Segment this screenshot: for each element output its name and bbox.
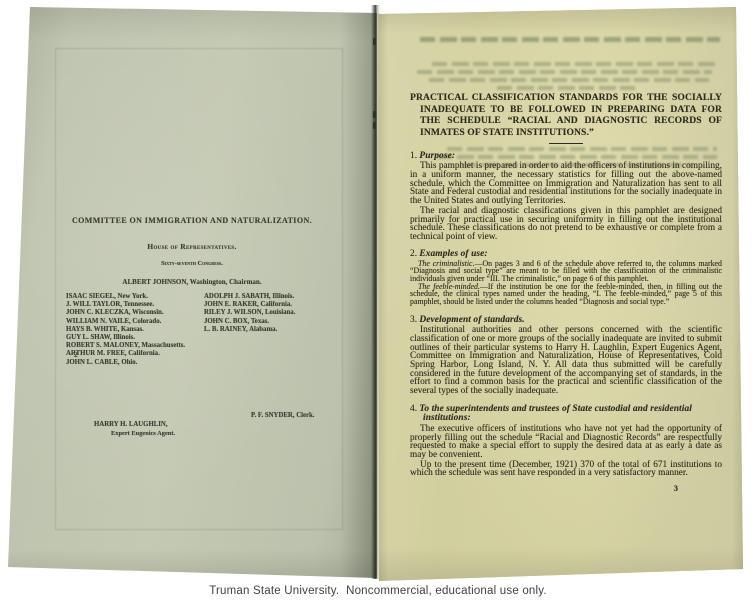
show-through-ghost <box>432 62 717 66</box>
member-name: ROBERT S. MALONEY, Massachusetts. <box>66 342 318 350</box>
section-heading-superintendents: 4. To the superintendents and trustees o… <box>410 405 722 424</box>
show-through-ghost <box>417 70 712 74</box>
section-heading-examples: 2. Examples of use: <box>410 249 722 259</box>
show-through-ghost <box>462 163 692 167</box>
left-page: COMMITTEE ON IMMIGRATION AND NATURALIZAT… <box>8 6 377 578</box>
show-through-ghost-border <box>55 48 343 530</box>
house-of-representatives-line: House of Representatives. <box>66 242 318 251</box>
member-name: JOHN L. CABLE, Ohio. <box>66 359 318 367</box>
member-name: L. B. RAINEY, Alabama. <box>204 326 295 334</box>
document-title: PRACTICAL CLASSIFICATION STANDARDS FOR T… <box>410 92 722 138</box>
show-through-ghost <box>447 147 717 151</box>
section-heading-development: 3. Development of standards. <box>410 315 722 325</box>
section-heading-purpose: 1. Purpose: <box>410 151 722 161</box>
congress-line: Sixty-seventh Congress. <box>66 260 318 267</box>
members-column-right: ADOLPH J. SABATH, Illinois. JOHN E. RAKE… <box>204 293 295 334</box>
clerk-line: P. F. SNYDER, Clerk. <box>251 412 315 420</box>
left-page-number: 2 <box>74 350 78 359</box>
member-name: ADOLPH J. SABATH, Illinois. <box>204 293 295 301</box>
member-name: J. WILL TAYLOR, Tennessee. <box>66 301 318 309</box>
stitch-mark <box>373 38 376 45</box>
title-rule <box>549 143 583 144</box>
members-list: ISAAC SIEGEL, New York. J. WILL TAYLOR, … <box>66 293 318 367</box>
show-through-ghost <box>437 155 717 159</box>
paragraph: The executive officers of institutions w… <box>410 425 722 460</box>
committee-block: COMMITTEE ON IMMIGRATION AND NATURALIZAT… <box>66 216 318 367</box>
show-through-ghost <box>420 37 720 42</box>
stitch-mark <box>373 122 376 129</box>
paragraph: Institutional authorities and other pers… <box>410 326 722 396</box>
members-column-left: ISAAC SIEGEL, New York. J. WILL TAYLOR, … <box>66 293 318 367</box>
right-page: PRACTICAL CLASSIFICATION STANDARDS FOR T… <box>377 5 743 581</box>
committee-title: COMMITTEE ON IMMIGRATION AND NATURALIZAT… <box>66 216 318 225</box>
paragraph: This pamphlet is prepared in order to ai… <box>410 162 722 206</box>
show-through-ghost <box>497 86 637 90</box>
stitch-mark <box>373 111 376 118</box>
member-name: WILLIAM N. VAILE, Colorado. <box>66 318 318 326</box>
paragraph: Up to the present time (December, 1921) … <box>410 461 722 478</box>
member-name: ISAAC SIEGEL, New York. <box>66 293 318 301</box>
member-name: RILEY J. WILSON, Louisiana. <box>204 309 295 317</box>
show-through-ghost <box>429 78 709 82</box>
archive-caption: Truman State University. Noncommercial, … <box>0 585 756 597</box>
member-name: JOHN E. RAKER, California. <box>204 301 295 309</box>
member-name: JOHN C. KLECZKA, Wisconsin. <box>66 309 318 317</box>
pamphlet-text: PRACTICAL CLASSIFICATION STANDARDS FOR T… <box>410 92 722 493</box>
paragraph-small: The feeble-minded.—If the institution be… <box>410 283 722 305</box>
member-name: GUY L. SHAW, Illinois. <box>66 334 318 342</box>
eugenics-agent-title: Expert Eugenics Agent. <box>111 430 175 438</box>
paragraph: The racial and diagnostic classification… <box>410 207 722 242</box>
scanned-pamphlet-photo: COMMITTEE ON IMMIGRATION AND NATURALIZAT… <box>0 0 756 607</box>
member-name: JOHN C. BOX, Texas. <box>204 318 295 326</box>
chairman-line: ALBERT JOHNSON, Washington, Chairman. <box>66 278 318 286</box>
paragraph-small: The criminalistic.—On pages 3 and 6 of t… <box>410 260 722 282</box>
member-name: HAYS B. WHITE, Kansas. <box>66 326 318 334</box>
member-name: ARTHUR M. FREE, California. <box>66 350 318 358</box>
eugenics-agent-name: HARRY H. LAUGHLIN, <box>94 421 168 429</box>
right-page-number: 3 <box>410 483 722 493</box>
